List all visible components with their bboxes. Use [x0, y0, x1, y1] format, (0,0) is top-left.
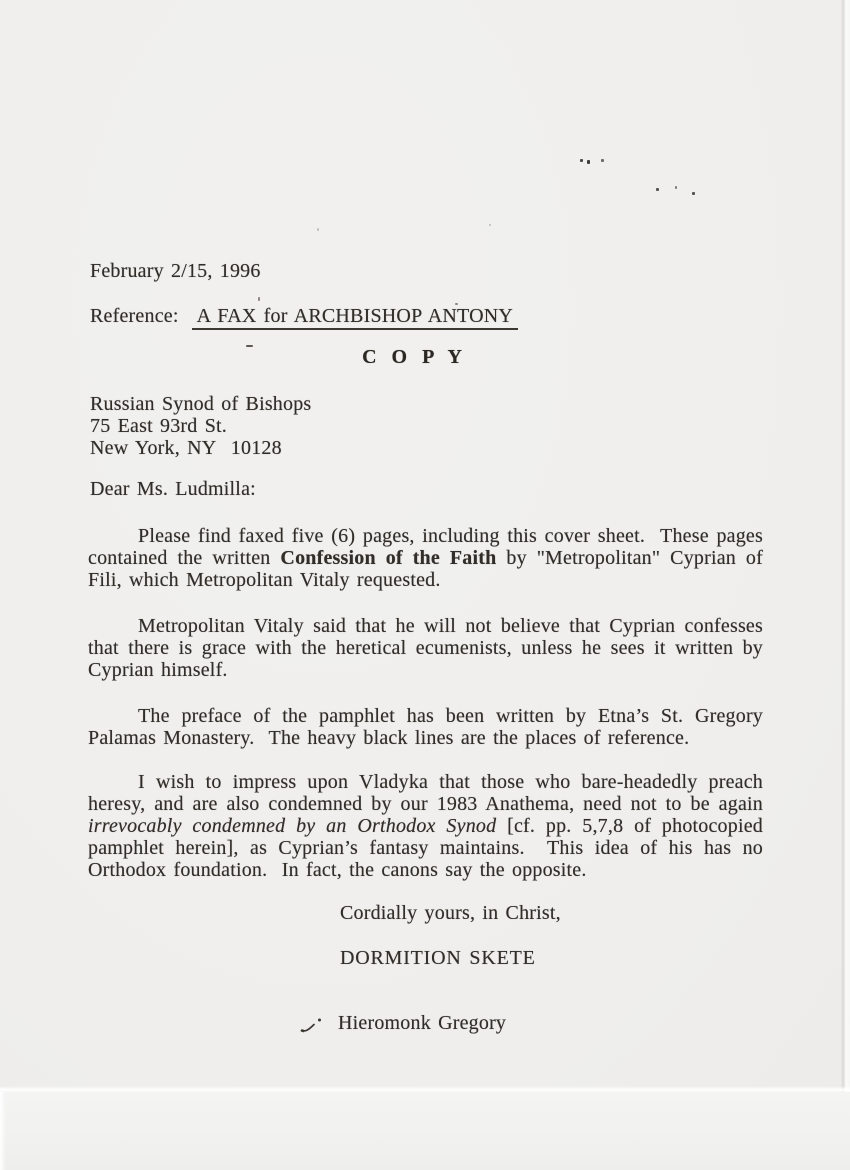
scan-speck: [675, 186, 677, 189]
reference-subject-underlined: A FAX for ARCHBISHOP ANTONY: [192, 305, 518, 330]
letter-text-line: Orthodox foundation. In fact, the canons…: [88, 859, 763, 881]
letter-text-line: Please find faxed five (6) pages, includ…: [88, 525, 763, 547]
letter-date: February 2/15, 1996: [90, 260, 261, 282]
scan-speck: [489, 224, 491, 226]
copy-stamp: C O P Y: [88, 346, 738, 368]
pen-mark-icon: [299, 1013, 331, 1037]
letter-text-line: heresy, and are also condemned by our 19…: [88, 793, 763, 815]
signature-name: Hieromonk Gregory: [338, 1012, 506, 1034]
scan-speck: [317, 228, 319, 231]
scan-speck: [258, 297, 260, 301]
letter-text-line: I wish to impress upon Vladyka that thos…: [88, 771, 763, 793]
scanner-edge-glow: [0, 1092, 6, 1170]
address-line-organization: Russian Synod of Bishops: [90, 393, 311, 415]
reference-label: Reference:: [90, 305, 179, 327]
address-line-street: 75 East 93rd St.: [90, 415, 311, 437]
letter-text-line: The preface of the pamphlet has been wri…: [88, 705, 763, 727]
scan-speck: [692, 192, 695, 195]
letter-text-line: contained the written Confession of the …: [88, 547, 763, 569]
letter-text-line: Fili, which Metropolitan Vitaly requeste…: [88, 569, 763, 591]
body-paragraph-2: Metropolitan Vitaly said that he will no…: [88, 615, 763, 681]
scan-speck: [601, 159, 604, 162]
letter-text-line: Cyprian himself.: [88, 659, 763, 681]
address-line-city: New York, NY 10128: [90, 437, 311, 459]
reference-line: Reference:A FAX for ARCHBISHOP ANTONY: [90, 305, 518, 327]
body-paragraph-1: Please find faxed five (6) pages, includ…: [88, 525, 763, 591]
scanned-paper-sheet: February 2/15, 1996 Reference:A FAX for …: [0, 0, 850, 1092]
paper-right-edge: [841, 0, 850, 1092]
letter-text-line: irrevocably condemned by an Orthodox Syn…: [88, 815, 763, 837]
letter-text-line: Metropolitan Vitaly said that he will no…: [88, 615, 763, 637]
letter-text-line: pamphlet herein], as Cyprian’s fantasy m…: [88, 837, 763, 859]
signature-organization: DORMITION SKETE: [340, 947, 536, 969]
scan-speck: [246, 345, 253, 347]
letter-text-line: Palamas Monastery. The heavy black lines…: [88, 727, 763, 749]
body-paragraph-3: The preface of the pamphlet has been wri…: [88, 705, 763, 749]
letter-text-line: that there is grace with the heretical e…: [88, 637, 763, 659]
salutation: Dear Ms. Ludmilla:: [90, 478, 256, 500]
body-paragraph-4: I wish to impress upon Vladyka that thos…: [88, 771, 763, 881]
closing-line: Cordially yours, in Christ,: [340, 902, 561, 924]
scan-speck: [580, 159, 583, 162]
scan-speck: [656, 188, 659, 191]
scan-speck: [455, 303, 458, 305]
scanner-background: [0, 1092, 850, 1170]
recipient-address: Russian Synod of Bishops 75 East 93rd St…: [90, 393, 311, 459]
scan-speck: [587, 160, 590, 164]
